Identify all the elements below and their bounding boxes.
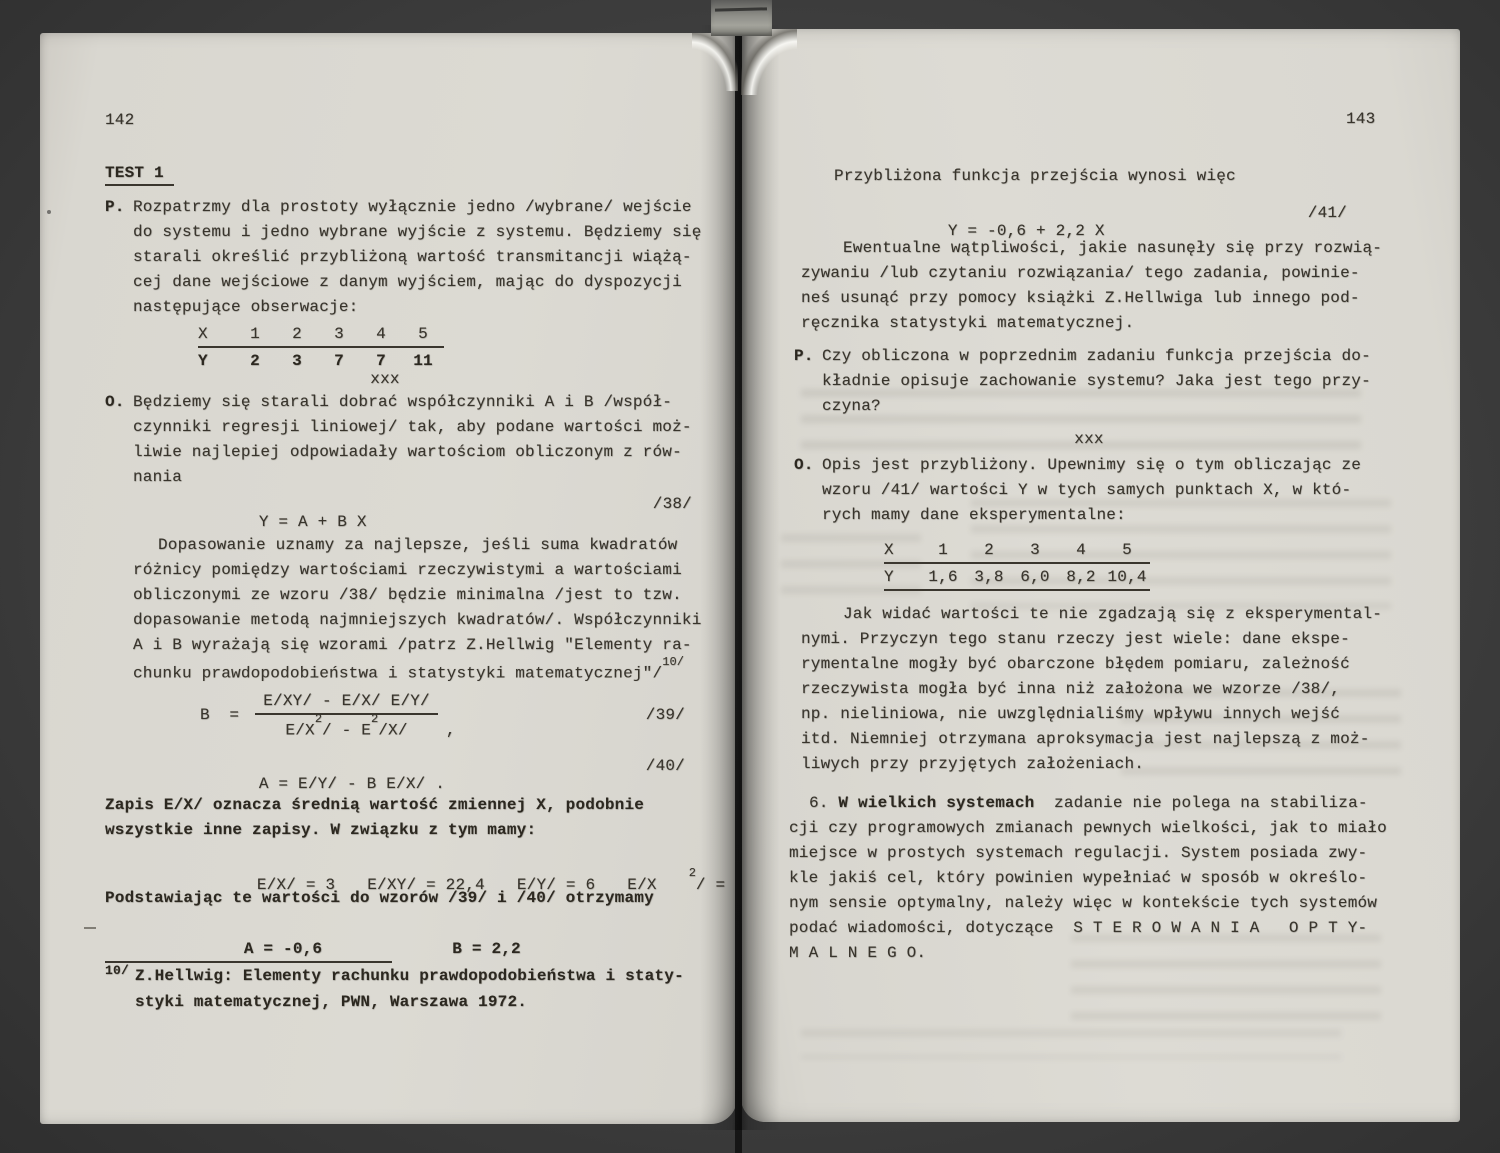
answer-item-o: O. Opis jest przybliżony. Upewnimy się o… [794, 456, 1460, 531]
table-cell: 6,0 [1012, 568, 1058, 586]
text-line: miejsce w prostych systemach regulacji. … [789, 844, 1460, 869]
equation-39: B = E/XY/ - E/X/ E/Y/ E/X2/ - E2/X/ , /3… [200, 692, 737, 739]
text-line: rzeczywista mogła być inna niż założona … [801, 680, 1460, 705]
equation-38: Y = A + B X /38/ [200, 495, 737, 520]
test-heading: TEST 1 [105, 164, 174, 186]
superscript: 2 [689, 866, 696, 880]
left-page: 142 TEST 1 P. Rozpatrzmy dla prostoty wy… [40, 33, 737, 1124]
equation-38-body: Y = A + B X [259, 513, 367, 531]
section-number: 6. [809, 794, 838, 812]
footnote: 10/ Z.Hellwig: Elementy rachunku prawdop… [105, 967, 737, 1019]
text-segment: E/X [285, 721, 314, 739]
item-marker-p: P. [105, 198, 133, 323]
equation-41: Y = -0,6 + 2,2 X /41/ [889, 204, 1460, 229]
computed-values-line: E/X/ = 3E/XY/ = 22,4E/Y/ = 6E/X2/ = 11 [198, 854, 737, 879]
book-scan-scene: 142 TEST 1 P. Rozpatrzmy dla prostoty wy… [0, 0, 1500, 1153]
fraction-denominator: E/X2/ - E2/X/ [255, 715, 438, 739]
page-number-left: 142 [105, 111, 737, 136]
answer-item-o: O. Będziemy się starali dobrać współczyn… [105, 393, 737, 493]
question-item-p: P. Czy obliczona w poprzednim zadaniu fu… [794, 347, 1460, 422]
question-text: Rozpatrzmy dla prostoty wyłącznie jedno … [133, 198, 702, 323]
page-number-right: 143 [1346, 110, 1460, 135]
item-marker-p: P. [794, 347, 822, 422]
section-separator: xxx [105, 370, 665, 388]
text-line: cej dane wejściowe z danym wyjściem, maj… [133, 273, 702, 298]
table-cell: 3 [1012, 541, 1058, 559]
table-values-row: Y237711 [198, 348, 444, 370]
book-spine-gap [735, 0, 742, 1153]
superscript: 2 [315, 712, 322, 726]
right-page: 143 Przybliżona funkcja przejścia wynosi… [741, 29, 1460, 1122]
table-header-row: X12345 [884, 541, 1150, 564]
fraction-numerator: E/XY/ - E/X/ E/Y/ [255, 692, 438, 715]
text-line: następujące obserwacje: [133, 298, 702, 323]
text-segment: / - E [322, 721, 371, 739]
text-line: nymi. Przyczyn tego stanu rzeczy jest wi… [801, 630, 1460, 655]
text-line: styki matematycznej, PWN, Warszawa 1972. [135, 993, 684, 1019]
table-cell: 2 [276, 325, 318, 343]
text-line: wzoru /41/ wartości Y w tych samych punk… [822, 481, 1361, 506]
table-cell: 7 [318, 352, 360, 370]
text-line: obliczonymi ze wzoru /38/ będzie minimal… [133, 586, 737, 611]
item-marker-o: O. [105, 393, 133, 493]
table-cell: Y [884, 568, 920, 586]
bleedthrough-ghost [801, 1029, 1341, 1059]
text-line: kle jakiś cel, który powinien wypełniać … [789, 869, 1460, 894]
text-line: Będziemy się starali dobrać współczynnik… [133, 393, 692, 418]
table-cell: Y [198, 352, 234, 370]
table-cell: 4 [1058, 541, 1104, 559]
fraction: E/XY/ - E/X/ E/Y/ E/X2/ - E2/X/ [255, 692, 438, 739]
spine-top-page-edges [711, 0, 772, 36]
text-line: ręcznika statystyki matematycznej. [801, 314, 1460, 339]
text-line: np. nieliniowa, nie uwzględnialiśmy wpły… [801, 705, 1460, 730]
text-line: itd. Niemniej otrzymana aproksymacja jes… [801, 730, 1460, 755]
text-line: Czy obliczona w poprzednim zadaniu funkc… [822, 347, 1371, 372]
footnote-marker: 10/ [105, 963, 135, 1015]
table-header-row: X12345 [198, 325, 444, 348]
equation-39-number: /39/ [646, 706, 685, 724]
text-line: Jak widać wartości te nie zgadzają się z… [801, 605, 1460, 630]
text-segment: /X/ [378, 721, 407, 739]
table-values-row: Y1,63,86,08,210,4 [884, 564, 1150, 591]
footnote-text: Z.Hellwig: Elementy rachunku prawdopodob… [135, 967, 684, 1019]
equation-38-number: /38/ [653, 495, 692, 513]
table-cell: 4 [360, 325, 402, 343]
table-cell: 7 [360, 352, 402, 370]
text-line: cji czy programowych zmianach pewnych wi… [789, 819, 1460, 844]
section-6-body: cji czy programowych zmianach pewnych wi… [789, 819, 1460, 969]
table-cell: X [884, 541, 920, 559]
item-marker-o: O. [794, 456, 822, 531]
text-line: czyna? [822, 397, 1371, 422]
text-line: rymentalne mogły być obarczone błędem po… [801, 655, 1460, 680]
table-cell: 2 [966, 541, 1012, 559]
result-line: A = -0,6B = 2,2 [185, 922, 737, 947]
discussion-paragraph: Jak widać wartości te nie zgadzają się z… [801, 605, 1460, 780]
superscript: 2 [371, 712, 378, 726]
equation-39-lhs: B = [200, 692, 239, 724]
table-cell: 5 [402, 325, 444, 343]
table-cell: 1,6 [920, 568, 966, 586]
question-item-p: P. Rozpatrzmy dla prostoty wyłącznie jed… [105, 198, 737, 323]
text-line: Opis jest przybliżony. Upewnimy się o ty… [822, 456, 1361, 481]
text-line: podać wiadomości, dotyczące S T E R O W … [789, 919, 1460, 944]
question-text: Czy obliczona w poprzednim zadaniu funkc… [822, 347, 1371, 422]
table-cell: 10,4 [1104, 568, 1150, 586]
text-line: kładnie opisuje zachowanie systemu? Jaka… [822, 372, 1371, 397]
text-line: neś usunąć przy pomocy książki Z.Hellwig… [801, 289, 1460, 314]
text-line: nym sensie optymalny, należy więc w kont… [789, 894, 1460, 919]
table-cell: 5 [1104, 541, 1150, 559]
table-cell: 1 [234, 325, 276, 343]
answer-text: Będziemy się starali dobrać współczynnik… [133, 393, 692, 493]
text-line: nania [133, 468, 692, 493]
text-line: Rozpatrzmy dla prostoty wyłącznie jedno … [133, 198, 702, 223]
table-cell: 8,2 [1058, 568, 1104, 586]
text-line: dopasowanie metodą najmniejszych kwadrat… [133, 611, 737, 636]
text-line: rych mamy dane eksperymentalne: [822, 506, 1361, 531]
equation-40-number: /40/ [646, 757, 685, 775]
section-6-emphasis: W wielkich systemach [838, 794, 1034, 812]
result-a: A = -0,6 [244, 940, 322, 958]
check-table: X12345 Y1,63,86,08,210,4 [884, 541, 1150, 591]
table-cell: 3 [318, 325, 360, 343]
text-line: Z.Hellwig: Elementy rachunku prawdopodob… [135, 967, 684, 993]
equation-39-comma: , [438, 721, 456, 739]
section-6-first-line: 6. W wielkich systemach zadanie nie pole… [789, 794, 1460, 819]
section-separator: xxx [789, 430, 1389, 448]
text-line: liwie najlepiej odpowiadały wartościom o… [133, 443, 692, 468]
scan-artifact-dot [47, 210, 51, 214]
table-cell: 1 [920, 541, 966, 559]
text-line: liwych przy przyjętych założeniach. [801, 755, 1460, 780]
text-line: M A L N E G O. [789, 944, 1460, 969]
intro-line: Przybliżona funkcja przejścia wynosi wię… [834, 167, 1460, 192]
table-cell: 3 [276, 352, 318, 370]
fit-paragraph-last-line: chunku prawdopodobieństwa i statystyki m… [133, 661, 737, 686]
footnote-reference: 10/ [662, 655, 684, 669]
equation-40: A = E/Y/ - B E/X/ . /40/ [200, 757, 737, 782]
equation-41-body: Y = -0,6 + 2,2 X [948, 222, 1105, 240]
equation-41-number: /41/ [1308, 204, 1347, 222]
answer-text: Opis jest przybliżony. Upewnimy się o ty… [822, 456, 1361, 531]
text-line: do systemu i jedno wybrane wyjście z sys… [133, 223, 702, 248]
result-b: B = 2,2 [452, 940, 521, 958]
table-cell: 2 [234, 352, 276, 370]
text-segment: zadanie nie polega na stabiliza- [1034, 794, 1367, 812]
table-cell: 11 [402, 352, 444, 370]
section-6: 6. W wielkich systemach zadanie nie pole… [789, 794, 1460, 969]
text-line: czynniki regresji liniowej/ tak, aby pod… [133, 418, 692, 443]
table-cell: 3,8 [966, 568, 1012, 586]
footnote-rule [105, 961, 392, 963]
table-cell: X [198, 325, 234, 343]
text-line: starali określić przybliżoną wartość tra… [133, 248, 702, 273]
equation-40-body: A = E/Y/ - B E/X/ . [259, 775, 445, 793]
text-segment: chunku prawdopodobieństwa i statystyki m… [133, 664, 662, 682]
observations-table: X12345 Y237711 [198, 325, 444, 370]
scan-artifact-dash [84, 927, 96, 929]
text-line: A i B wyrażają się wzorami /patrz Z.Hell… [133, 636, 737, 661]
